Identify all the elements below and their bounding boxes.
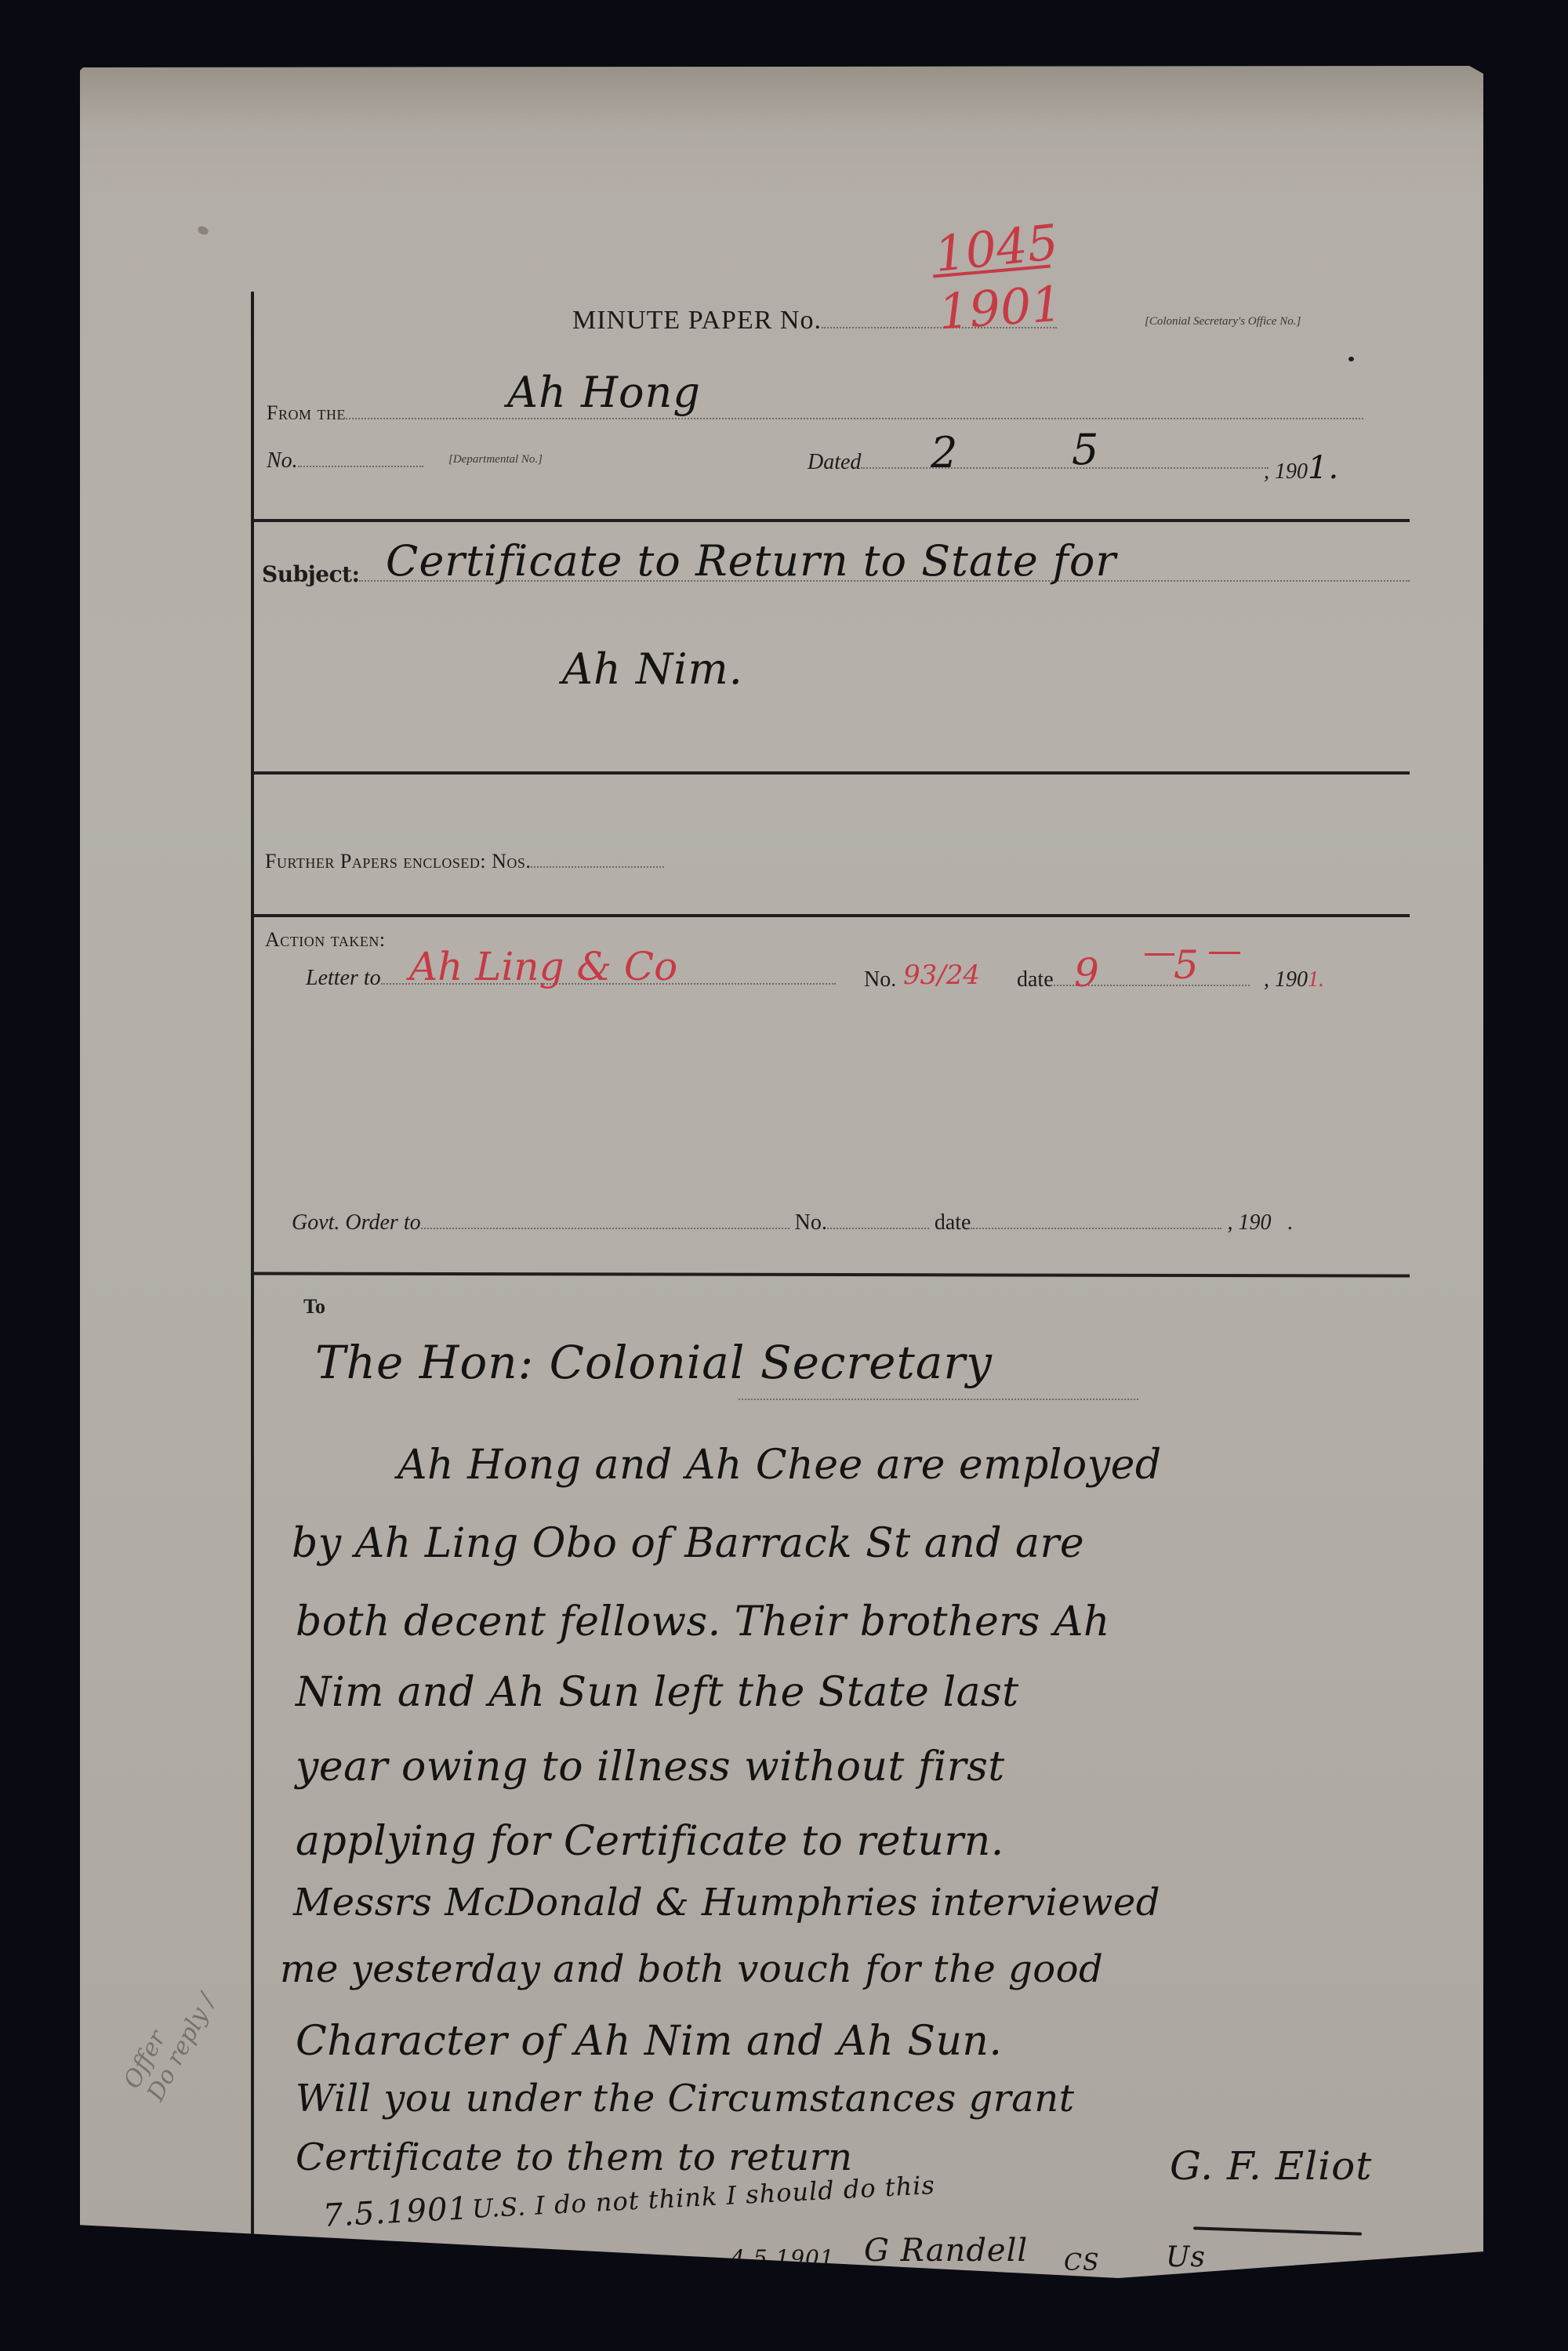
body-line-10: Will you under the Circumstances grant bbox=[296, 2077, 1074, 2121]
from-value: Ah Hong bbox=[507, 368, 701, 417]
body-line-4: Nim and Ah Sun left the State last bbox=[296, 1669, 1019, 1716]
pencil-margin-note: Offer Do reply / bbox=[119, 1977, 221, 2106]
body-line-2: by Ah Ling Obo of Barrack St and are bbox=[292, 1520, 1084, 1567]
body-line-11: Certificate to them to return bbox=[296, 2135, 852, 2179]
letter-date-month: 5 bbox=[1174, 942, 1199, 988]
subject-line-1: Certificate to Return to State for bbox=[386, 536, 1116, 586]
letter-no-label: No. bbox=[864, 967, 896, 992]
subject-line-2: Ah Nim. bbox=[562, 644, 743, 694]
body-line-9: Character of Ah Nim and Ah Sun. bbox=[296, 2018, 1002, 2065]
dated-day: 2 bbox=[931, 428, 958, 477]
office-number-note: [Colonial Secretary's Office No.] bbox=[1145, 315, 1301, 328]
dated-label: Dated bbox=[808, 450, 1269, 475]
departmental-no-note: [Departmental No.] bbox=[448, 453, 543, 466]
departmental-no-label: No. bbox=[267, 448, 423, 473]
section-divider-1 bbox=[252, 519, 1410, 522]
ink-dot bbox=[1348, 357, 1354, 361]
body-line-6: applying for Certificate to return. bbox=[296, 1818, 1004, 1865]
govt-order-label: Govt. Order to No. date , 190 . bbox=[292, 1210, 1293, 1235]
letter-no-value: 93/24 bbox=[903, 960, 980, 991]
signature-randell: G Randell bbox=[864, 2233, 1028, 2269]
section-divider-4 bbox=[252, 1272, 1410, 1277]
letter-to-value: Ah Ling & Co bbox=[409, 944, 677, 989]
from-label: From the bbox=[267, 401, 1363, 425]
signature-randell-underline bbox=[868, 2275, 1052, 2277]
section-divider-3 bbox=[252, 914, 1410, 917]
to-value: The Hon: Colonial Secretary bbox=[315, 1336, 993, 1389]
letter-date-label: date bbox=[1017, 967, 1250, 992]
signature-eliot: G. F. Eliot bbox=[1170, 2143, 1372, 2189]
minute-paper-document: MINUTE PAPER No. 1045 1901 [Colonial Sec… bbox=[80, 66, 1483, 2278]
body-line-1: Ah Hong and Ah Chee are employed bbox=[397, 1442, 1162, 1489]
body-line-5: year owing to illness without first bbox=[296, 1743, 1005, 1790]
letter-year: , 1901. bbox=[1264, 967, 1324, 992]
action-taken-label: Action taken: bbox=[265, 928, 386, 952]
body-line-8: me yesterday and both vouch for the good bbox=[280, 1947, 1103, 1991]
section-divider-2 bbox=[252, 771, 1410, 775]
signature-randell-title: CS bbox=[1064, 2249, 1100, 2277]
signature-eliot-underline bbox=[1193, 2226, 1362, 2236]
dated-month: 5 bbox=[1072, 425, 1099, 474]
paper-blemish bbox=[197, 225, 210, 237]
to-leader bbox=[739, 1399, 1138, 1400]
letter-date-day: 9 bbox=[1074, 950, 1099, 996]
signature-extra: Us bbox=[1166, 2241, 1206, 2273]
further-papers-label: Further Papers enclosed: Nos. bbox=[265, 850, 664, 873]
minute-date-2: 4.5.1901 bbox=[731, 2245, 835, 2271]
body-line-7: Messrs McDonald & Humphries interviewed bbox=[293, 1881, 1160, 1925]
to-label: To bbox=[303, 1295, 325, 1319]
minute-date-1: 7.5.1901 bbox=[322, 2190, 470, 2234]
dated-year: , 1901. bbox=[1264, 450, 1339, 486]
minute-number-bottom: 1901 bbox=[937, 275, 1065, 341]
body-line-3: both decent fellows. Their brothers Ah bbox=[296, 1598, 1110, 1645]
